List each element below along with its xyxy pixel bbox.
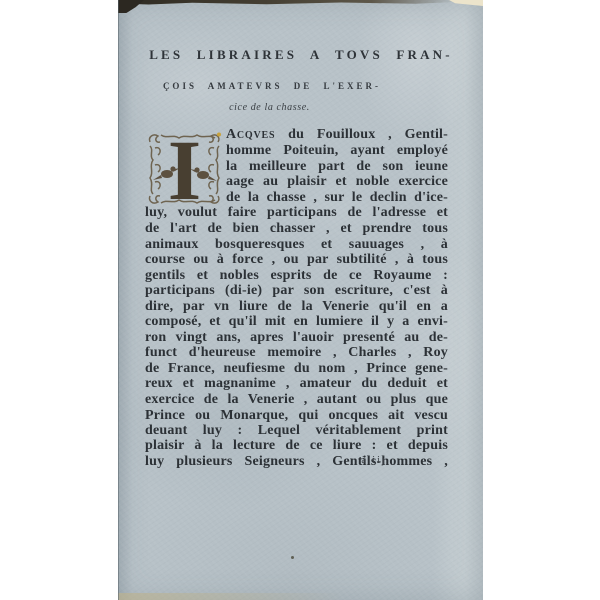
page-bottom-edge bbox=[118, 593, 343, 600]
opening-word-smallcaps: Acqves bbox=[226, 127, 275, 142]
body-text-line: luy plusieurs Seigneurs , Gentils-hommes… bbox=[145, 454, 448, 469]
page-subtitle-italic: cice de la chasse. bbox=[118, 102, 421, 113]
body-text-line: Prince ou Monarque, qui oncques ait vesc… bbox=[145, 408, 448, 423]
body-text-line: plaisir à la lecture de ce liure : et de… bbox=[145, 438, 448, 453]
initial-letter: I bbox=[168, 132, 201, 206]
body-text-line: homme Poiteuin, ayant employé bbox=[226, 143, 448, 158]
body-text-line: composé, et qu'il mit en lumiere il y a … bbox=[145, 314, 448, 329]
scanned-book-photo: { "document": { "type": "antique book pa… bbox=[0, 0, 600, 600]
line-text: du Fouilloux , Gentil- bbox=[288, 127, 448, 142]
body-text-line: la meilleure part de son ieune bbox=[226, 159, 448, 174]
body-text-line: exercice de la Venerie , autant ou plus … bbox=[145, 392, 448, 407]
body-text-line: reux et magnanime , amateur du deduit et bbox=[145, 376, 448, 391]
body-text-line: dire, par vn liure de la Venerie qu'il e… bbox=[145, 299, 448, 314]
gilt-fleck bbox=[217, 133, 221, 137]
page-subtitle: ÇOIS AMATEVRS DE L'EXER- bbox=[121, 81, 423, 91]
body-text-line: funct d'heureuse memoire , Charles , Roy bbox=[145, 345, 448, 360]
page-left-edge bbox=[118, 0, 119, 600]
body-text-line: deuant luy : Lequel véritablement print bbox=[145, 423, 448, 438]
body-text-line: course ou à force , ou par subtilité , à… bbox=[145, 252, 448, 267]
body-text-line: luy, voulut faire participans de l'adres… bbox=[145, 205, 448, 220]
body-text-line: animaux bosqueresques et sauuages , à bbox=[145, 237, 448, 252]
page-title: LES LIBRAIRES A TOVS FRAN- bbox=[145, 47, 457, 63]
body-text-line: de la chasse , sur le declin d'ice- bbox=[226, 190, 448, 205]
body-text-line: de l'art de bien chasser , et prendre to… bbox=[145, 221, 448, 236]
body-text-line: aage au plaisir et noble exercice bbox=[226, 174, 448, 189]
book-page: LES LIBRAIRES A TOVS FRAN- ÇOIS AMATEVRS… bbox=[118, 0, 483, 600]
body-text-line: gentils et nobles esprits de ce Royaume … bbox=[145, 268, 448, 283]
dust-speck bbox=[291, 556, 294, 559]
body-text-line: ron vingt ans, apres l'auoir presenté au… bbox=[145, 330, 448, 345]
body-text-line: de France, neufiesme du nom , Prince gen… bbox=[145, 361, 448, 376]
signature-mark: à iij bbox=[356, 455, 392, 466]
woodcut-initial-icon: I bbox=[147, 132, 222, 206]
decorated-initial-I: I bbox=[147, 132, 222, 206]
body-text-line: Acqves du Fouilloux , Gentil- bbox=[226, 127, 448, 142]
body-text-line: participans (di-ie) par son escriture, c… bbox=[145, 283, 448, 298]
